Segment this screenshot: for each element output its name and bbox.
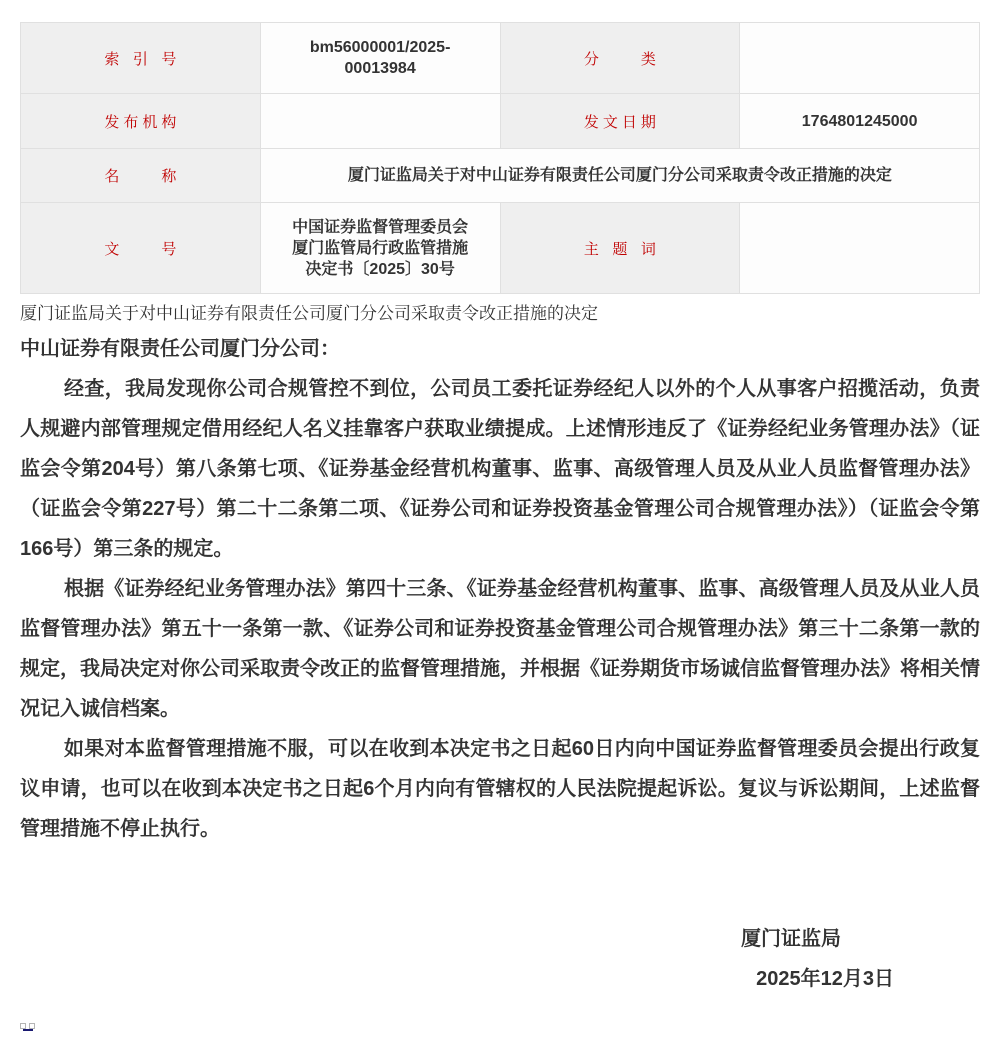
- publisher-value: [260, 94, 500, 149]
- issue-date-value: 1764801245000: [740, 94, 980, 149]
- category-value: [740, 23, 980, 94]
- index-number-label: 索引号: [104, 48, 176, 69]
- subject-label: 主题词: [584, 238, 656, 259]
- table-row: 文号 中国证券监督管理委员会厦门监管局行政监管措施决定书〔2025〕30号 主题…: [21, 203, 980, 294]
- paragraph: 如果对本监督管理措施不服，可以在收到本决定书之日起60日内向中国证券监督管理委员…: [20, 729, 980, 849]
- name-label: 名称: [104, 165, 176, 186]
- category-label-cell: 分类: [500, 23, 740, 94]
- issue-date-label: 发文日期: [584, 111, 656, 132]
- table-row: 发布机构 发文日期 1764801245000: [21, 94, 980, 149]
- broken-image-underline: [23, 1029, 33, 1031]
- paragraph: 根据《证券经纪业务管理办法》第四十三条、《证券基金经营机构董事、监事、高级管理人…: [20, 569, 980, 729]
- paragraph: 经查，我局发现你公司合规管控不到位，公司员工委托证券经纪人以外的个人从事客户招揽…: [20, 369, 980, 569]
- subject-label-cell: 主题词: [500, 203, 740, 294]
- index-number-label-cell: 索引号: [21, 23, 261, 94]
- index-number-value: bm56000001/2025-00013984: [260, 23, 500, 94]
- salutation: 中山证券有限责任公司厦门分公司：: [20, 329, 980, 369]
- publisher-label: 发布机构: [104, 111, 176, 132]
- category-label: 分类: [584, 48, 656, 69]
- document-body: 中山证券有限责任公司厦门分公司： 经查，我局发现你公司合规管控不到位，公司员工委…: [20, 329, 980, 999]
- disclosure-page: 索引号 bm56000001/2025-00013984 分类 发布机构 发文日…: [0, 22, 1000, 1058]
- name-label-cell: 名称: [21, 149, 261, 203]
- doc-number-label: 文号: [104, 238, 176, 259]
- broken-image-icon: [20, 1023, 36, 1033]
- subject-value: [740, 203, 980, 294]
- table-row: 名称 厦门证监局关于对中山证券有限责任公司厦门分公司采取责令改正措施的决定: [21, 149, 980, 203]
- metadata-table: 索引号 bm56000001/2025-00013984 分类 发布机构 发文日…: [20, 22, 980, 294]
- doc-number-value: 中国证券监督管理委员会厦门监管局行政监管措施决定书〔2025〕30号: [260, 203, 500, 294]
- signature-date: 2025年12月3日: [20, 959, 980, 999]
- signature-agency: 厦门证监局: [20, 919, 980, 959]
- document-subtitle: 厦门证监局关于对中山证券有限责任公司厦门分公司采取责令改正措施的决定: [20, 303, 980, 325]
- table-row: 索引号 bm56000001/2025-00013984 分类: [21, 23, 980, 94]
- publisher-label-cell: 发布机构: [21, 94, 261, 149]
- issue-date-label-cell: 发文日期: [500, 94, 740, 149]
- doc-number-label-cell: 文号: [21, 203, 261, 294]
- name-value: 厦门证监局关于对中山证券有限责任公司厦门分公司采取责令改正措施的决定: [260, 149, 979, 203]
